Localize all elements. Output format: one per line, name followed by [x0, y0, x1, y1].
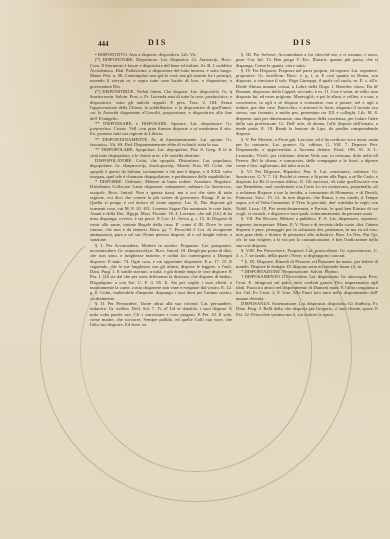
- circular-stamp-inner-ring: [80, 230, 312, 472]
- dictionary-entry: §. III. Per Solvere, Accomodarsi a far c…: [236, 52, 378, 68]
- running-head-right: D I S: [293, 38, 310, 47]
- dictionary-entry: DISPOPOLATORE. Colui, che spopola. Distr…: [90, 158, 232, 179]
- scanned-page: 444 D I S D I S • DISPONITIVO. Atto a di…: [0, 0, 390, 539]
- dictionary-entry: §. IV. Per Disporre, Proporre nel parer …: [236, 68, 378, 137]
- dictionary-entry: §. VI. Per Disporre, Ripartire, Pen. S. …: [236, 169, 378, 217]
- page-number: 444: [98, 40, 109, 48]
- running-head-left: D I S: [148, 38, 165, 47]
- dictionary-entry: §. V. Per Mettere, o Porre giù, Lasciare…: [236, 137, 378, 169]
- dictionary-entry: (*) DISPONITRICE. Verbal femm. Che dispo…: [90, 89, 232, 121]
- paper-stain: [40, 0, 360, 8]
- dictionary-entry: ** DISPOPOLARE. Spopolare. Lat. depopula…: [90, 147, 232, 158]
- dictionary-entry: ** DISPONTANAMENTE. Av. di Spontaneament…: [90, 137, 232, 148]
- page-header: 444 D I S D I S: [88, 38, 384, 50]
- dictionary-entry: ** DISPONSARE, e DISPOSARE. Sposare. Lat…: [90, 121, 232, 137]
- dictionary-entry: (*) DISPONITORE. Dispositore. Lat. dispo…: [90, 57, 232, 89]
